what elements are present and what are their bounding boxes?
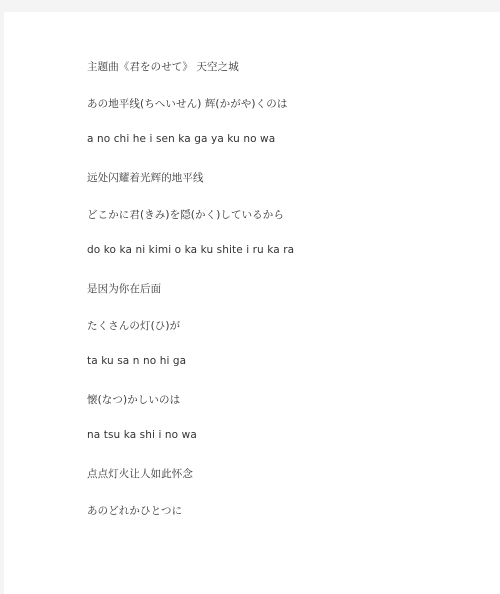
song-title: 主题曲《君をのせて》 天空之城 bbox=[87, 59, 239, 74]
lyric-line-romaji: a no chi he i sen ka ga ya ku no wa bbox=[87, 133, 275, 145]
lyric-line-chinese: 点点灯火让人如此怀念 bbox=[87, 466, 193, 481]
lyric-line-japanese: たくさんの灯(ひ)が bbox=[87, 318, 180, 333]
lyric-line-japanese: どこかに君(きみ)を隠(かく)しているから bbox=[87, 207, 284, 222]
lyric-line-romaji: do ko ka ni kimi o ka ku shite i ru ka r… bbox=[87, 244, 294, 256]
lyric-line-chinese: 远处闪耀着光辉的地平线 bbox=[87, 170, 204, 185]
lyric-line-romaji: ta ku sa n no hi ga bbox=[87, 355, 186, 367]
lyric-line-japanese: あのどれかひとつに bbox=[87, 503, 182, 518]
lyric-line-chinese: 是因为你在后面 bbox=[87, 281, 161, 296]
document-page: 主题曲《君をのせて》 天空之城 あの地平线(ちへいせん) 辉(かがや)くのは a… bbox=[4, 12, 500, 594]
lyric-line-japanese: あの地平线(ちへいせん) 辉(かがや)くのは bbox=[87, 96, 287, 111]
lyric-line-romaji: na tsu ka shi i no wa bbox=[87, 429, 197, 441]
lyric-line-japanese: 懐(なつ)かしいのは bbox=[87, 392, 180, 407]
